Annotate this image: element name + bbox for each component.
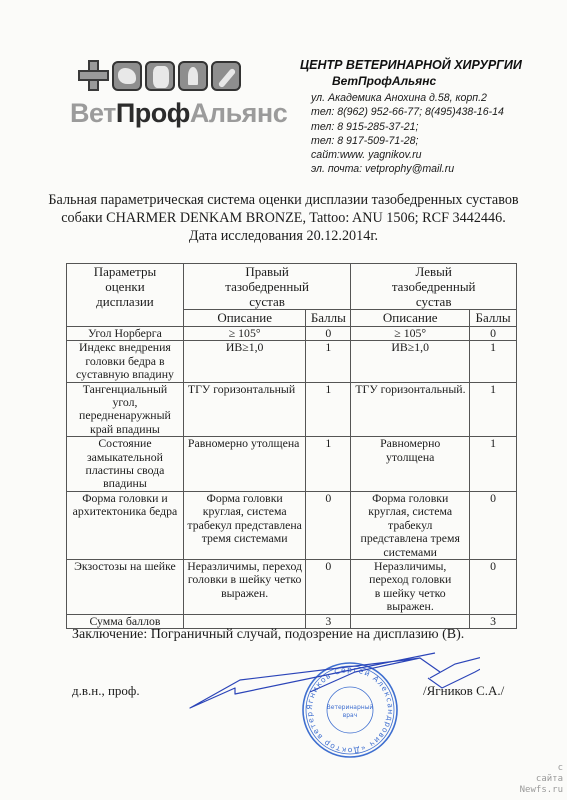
left-score-cell: 1 bbox=[470, 382, 517, 437]
left-score-cell: 1 bbox=[470, 341, 517, 382]
param-cell: Индекс внедрения головки бедра в суставн… bbox=[67, 341, 184, 382]
left-score-cell: 0 bbox=[470, 491, 517, 559]
website: сайт:www. yagnikov.ru bbox=[311, 148, 504, 162]
phone-1: тел: 8(962) 952-66-77; 8(495)438-16-14 bbox=[311, 105, 504, 119]
left-score-cell: 0 bbox=[470, 327, 517, 341]
handwritten-signature-icon bbox=[180, 650, 480, 710]
subheader-left-score: Баллы bbox=[470, 310, 517, 327]
watermark-line-1: с bbox=[520, 763, 563, 774]
table-row: Состояние замыкательной пластины свода в… bbox=[67, 437, 517, 492]
title-line-2: собаки CHARMER DENKAM BRONZE, Tattoo: AN… bbox=[0, 209, 567, 227]
title-line-3: Дата исследования 20.12.2014г. bbox=[0, 227, 567, 245]
logo-wordmark: ВетПрофАльянс bbox=[70, 98, 287, 129]
logo-icons bbox=[78, 60, 241, 91]
header-right-joint: Правый тазобедренный сустав bbox=[183, 264, 350, 310]
signer-title: д.в.н., проф. bbox=[72, 683, 140, 699]
dog-head-icon bbox=[112, 61, 142, 91]
left-desc-cell: ≥ 105° bbox=[351, 327, 470, 341]
right-score-cell: 1 bbox=[306, 382, 351, 437]
dysplasia-score-table: Параметры оценки дисплазии Правый тазобе… bbox=[66, 263, 517, 629]
param-cell: Угол Норберга bbox=[67, 327, 184, 341]
table-row: Тангенциальный угол, передненаружный кра… bbox=[67, 382, 517, 437]
total-left-score: 3 bbox=[470, 614, 517, 628]
email: эл. почта: vetprophy@mail.ru bbox=[311, 162, 504, 176]
bone-icon bbox=[211, 61, 241, 91]
document-title: Бальная параметрическая система оценки д… bbox=[0, 191, 567, 245]
table-row: Форма головки и архитектоника бедра Форм… bbox=[67, 491, 517, 559]
left-desc-cell: Равномерно утолщена bbox=[351, 437, 470, 492]
right-score-cell: 0 bbox=[306, 327, 351, 341]
contact-block: ул. Академика Анохина д.58, корп.2 тел: … bbox=[311, 91, 504, 177]
watermark-line-2: сайта bbox=[520, 774, 563, 785]
header-params: Параметры оценки дисплазии bbox=[67, 264, 184, 327]
logo-text-alliance: Альянс bbox=[190, 98, 287, 128]
param-cell: Экзостозы на шейке bbox=[67, 559, 184, 614]
param-cell: Состояние замыкательной пластины свода в… bbox=[67, 437, 184, 492]
address: ул. Академика Анохина д.58, корп.2 bbox=[311, 91, 504, 105]
right-score-cell: 1 bbox=[306, 437, 351, 492]
right-desc-cell: ИВ≥1,0 bbox=[183, 341, 306, 382]
stamp-center-text-2: врач bbox=[343, 712, 358, 719]
title-line-1: Бальная параметрическая система оценки д… bbox=[0, 191, 567, 209]
param-cell: Тангенциальный угол, передненаружный кра… bbox=[67, 382, 184, 437]
left-desc-cell: Форма головки круглая, система трабекул … bbox=[351, 491, 470, 559]
subheader-right-score: Баллы bbox=[306, 310, 351, 327]
right-score-cell: 0 bbox=[306, 491, 351, 559]
table-row: Индекс внедрения головки бедра в суставн… bbox=[67, 341, 517, 382]
watermark-line-3: Newfs.ru bbox=[520, 785, 563, 796]
left-score-cell: 0 bbox=[470, 559, 517, 614]
right-desc-cell: ТГУ горизонтальный bbox=[183, 382, 306, 437]
logo-text-prof: Проф bbox=[116, 98, 190, 128]
right-desc-cell: Форма головки круглая, система трабекул … bbox=[183, 491, 306, 559]
right-desc-cell: Неразличимы, переход головки в шейку чет… bbox=[183, 559, 306, 614]
left-desc-cell: Неразличимы, переход головки в шейку чет… bbox=[351, 559, 470, 614]
clinic-title: ЦЕНТР ВЕТЕРИНАРНОЙ ХИРУРГИИ bbox=[300, 58, 522, 72]
subheader-left-desc: Описание bbox=[351, 310, 470, 327]
phone-3: тел: 8 917-509-71-28; bbox=[311, 134, 504, 148]
phone-2: тел: 8 915-285-37-21; bbox=[311, 120, 504, 134]
header-left-joint: Левый тазобедренный сустав bbox=[351, 264, 517, 310]
right-score-cell: 1 bbox=[306, 341, 351, 382]
right-desc-cell: ≥ 105° bbox=[183, 327, 306, 341]
logo-text-vet: Вет bbox=[70, 98, 116, 128]
conclusion: Заключение: Пограничный случай, подозрен… bbox=[72, 627, 464, 643]
right-desc-cell: Равномерно утолщена bbox=[183, 437, 306, 492]
joint-icon bbox=[145, 61, 175, 91]
cross-icon bbox=[78, 60, 109, 91]
left-desc-cell: ТГУ горизонтальный. bbox=[351, 382, 470, 437]
right-score-cell: 0 bbox=[306, 559, 351, 614]
left-desc-cell: ИВ≥1,0 bbox=[351, 341, 470, 382]
param-cell: Форма головки и архитектоника бедра bbox=[67, 491, 184, 559]
subheader-right-desc: Описание bbox=[183, 310, 306, 327]
clinic-name: ВетПрофАльянс bbox=[332, 74, 436, 88]
watermark: с сайта Newfs.ru bbox=[520, 763, 563, 796]
table-row: Экзостозы на шейке Неразличимы, переход … bbox=[67, 559, 517, 614]
left-score-cell: 1 bbox=[470, 437, 517, 492]
bowl-of-hygieia-icon bbox=[178, 61, 208, 91]
table-row: Угол Норберга ≥ 105° 0 ≥ 105° 0 bbox=[67, 327, 517, 341]
